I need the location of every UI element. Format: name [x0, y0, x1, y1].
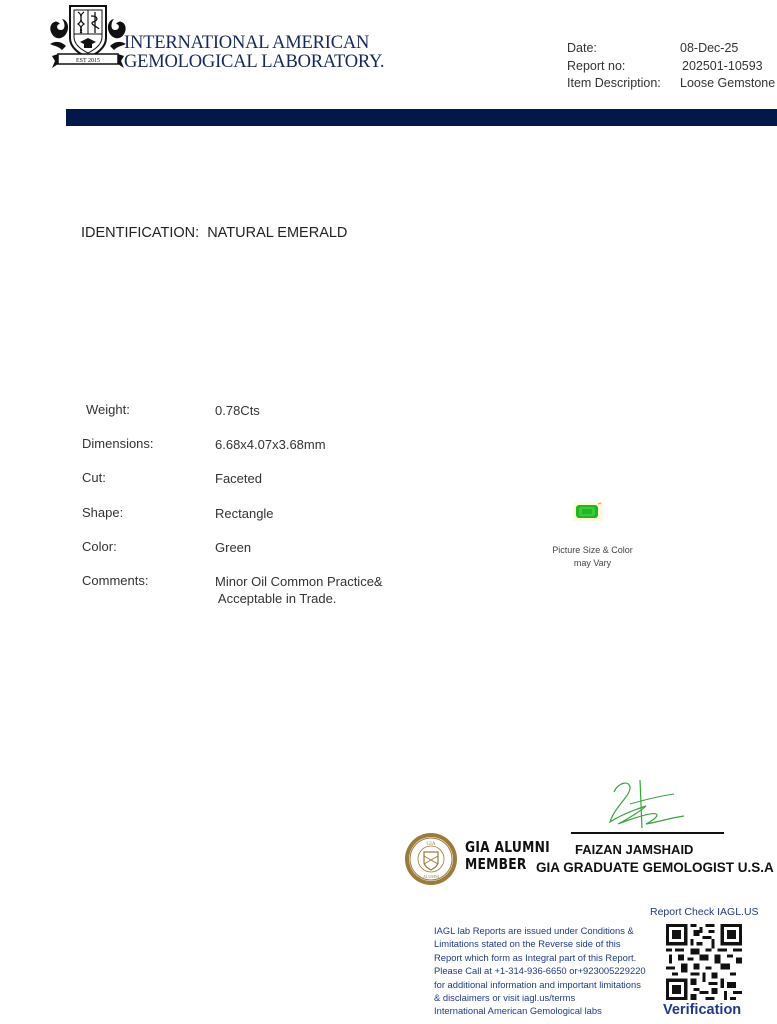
- spec-value: Rectangle: [215, 505, 274, 522]
- disclaimer-line: Please Call at +1-314-936-6650 or+923005…: [434, 964, 646, 977]
- gem-image-caption: Picture Size & Color may Vary: [535, 544, 650, 569]
- spec-value: 0.78Cts: [215, 402, 260, 419]
- report-no-value: 202501-10593: [682, 58, 763, 76]
- signer-name: FAIZAN JAMSHAID: [575, 842, 693, 857]
- item-description-value: Loose Gemstone: [680, 75, 775, 93]
- spec-label: Cut:: [82, 470, 106, 485]
- signer-title: GIA GRADUATE GEMOLOGIST U.S.A: [536, 860, 774, 875]
- disclaimer-text: IAGL lab Reports are issued under Condit…: [434, 924, 646, 1018]
- gia-alumni-seal-icon: GIA ALUMNI: [404, 832, 458, 886]
- spec-label: Dimensions:: [82, 436, 154, 451]
- disclaimer-line: for additional information and important…: [434, 978, 646, 991]
- spec-label: Shape:: [82, 505, 123, 520]
- identification-heading: IDENTIFICATION: NATURAL EMERALD: [81, 225, 347, 241]
- report-check-link[interactable]: Report Check IAGL.US: [650, 906, 759, 918]
- seal-bottom-text: ALUMNI: [423, 874, 440, 879]
- lab-name-line2: GEMOLOGICAL LABORATORY.: [124, 53, 384, 72]
- lab-name: INTERNATIONAL AMERICAN GEMOLOGICAL LABOR…: [124, 34, 384, 72]
- spec-value: Green: [215, 539, 251, 556]
- signature-icon: [600, 778, 690, 830]
- gia-alumni-text: GIA ALUMNI MEMBER: [465, 839, 550, 873]
- lab-name-line1: INTERNATIONAL AMERICAN: [124, 34, 384, 53]
- comments-line1: Minor Oil Common Practice&: [215, 573, 383, 590]
- verification-qr-code-icon[interactable]: [666, 924, 742, 1000]
- spec-label: Color:: [82, 539, 117, 554]
- date-value: 08-Dec-25: [680, 40, 738, 58]
- disclaimer-line: Report which form as Integral part of th…: [434, 951, 646, 964]
- signature-line: [571, 832, 724, 834]
- spec-value: Faceted: [215, 470, 262, 487]
- disclaimer-line: Limitations stated on the Reverse side o…: [434, 937, 646, 950]
- date-label: Date:: [567, 40, 597, 58]
- spec-value: 6.68x4.07x3.68mm: [215, 436, 326, 453]
- gia-line2: MEMBER: [465, 856, 550, 873]
- item-description-label: Item Description:: [567, 75, 661, 93]
- disclaimer-line: & disclaimers or visit iagl.us/terms: [434, 991, 646, 1004]
- spec-label: Weight:: [86, 402, 130, 417]
- emerald-gem-image: [573, 502, 603, 521]
- caption-line2: may Vary: [535, 557, 650, 570]
- gia-line1: GIA ALUMNI: [465, 839, 550, 856]
- spec-label: Comments:: [82, 573, 148, 588]
- disclaimer-line: IAGL lab Reports are issued under Condit…: [434, 924, 646, 937]
- report-no-label: Report no:: [567, 58, 625, 76]
- seal-top-text: GIA: [427, 842, 436, 847]
- lab-logo-crest: EST 2015: [48, 2, 128, 72]
- caption-line1: Picture Size & Color: [535, 544, 650, 557]
- spec-value: Minor Oil Common Practice& Acceptable in…: [215, 573, 383, 607]
- logo-est-text: EST 2015: [76, 58, 100, 64]
- verification-label: Verification: [663, 1002, 741, 1018]
- disclaimer-line: International American Gemological labs: [434, 1004, 646, 1017]
- header-divider-bar: [66, 109, 777, 126]
- comments-line2: Acceptable in Trade.: [215, 590, 383, 607]
